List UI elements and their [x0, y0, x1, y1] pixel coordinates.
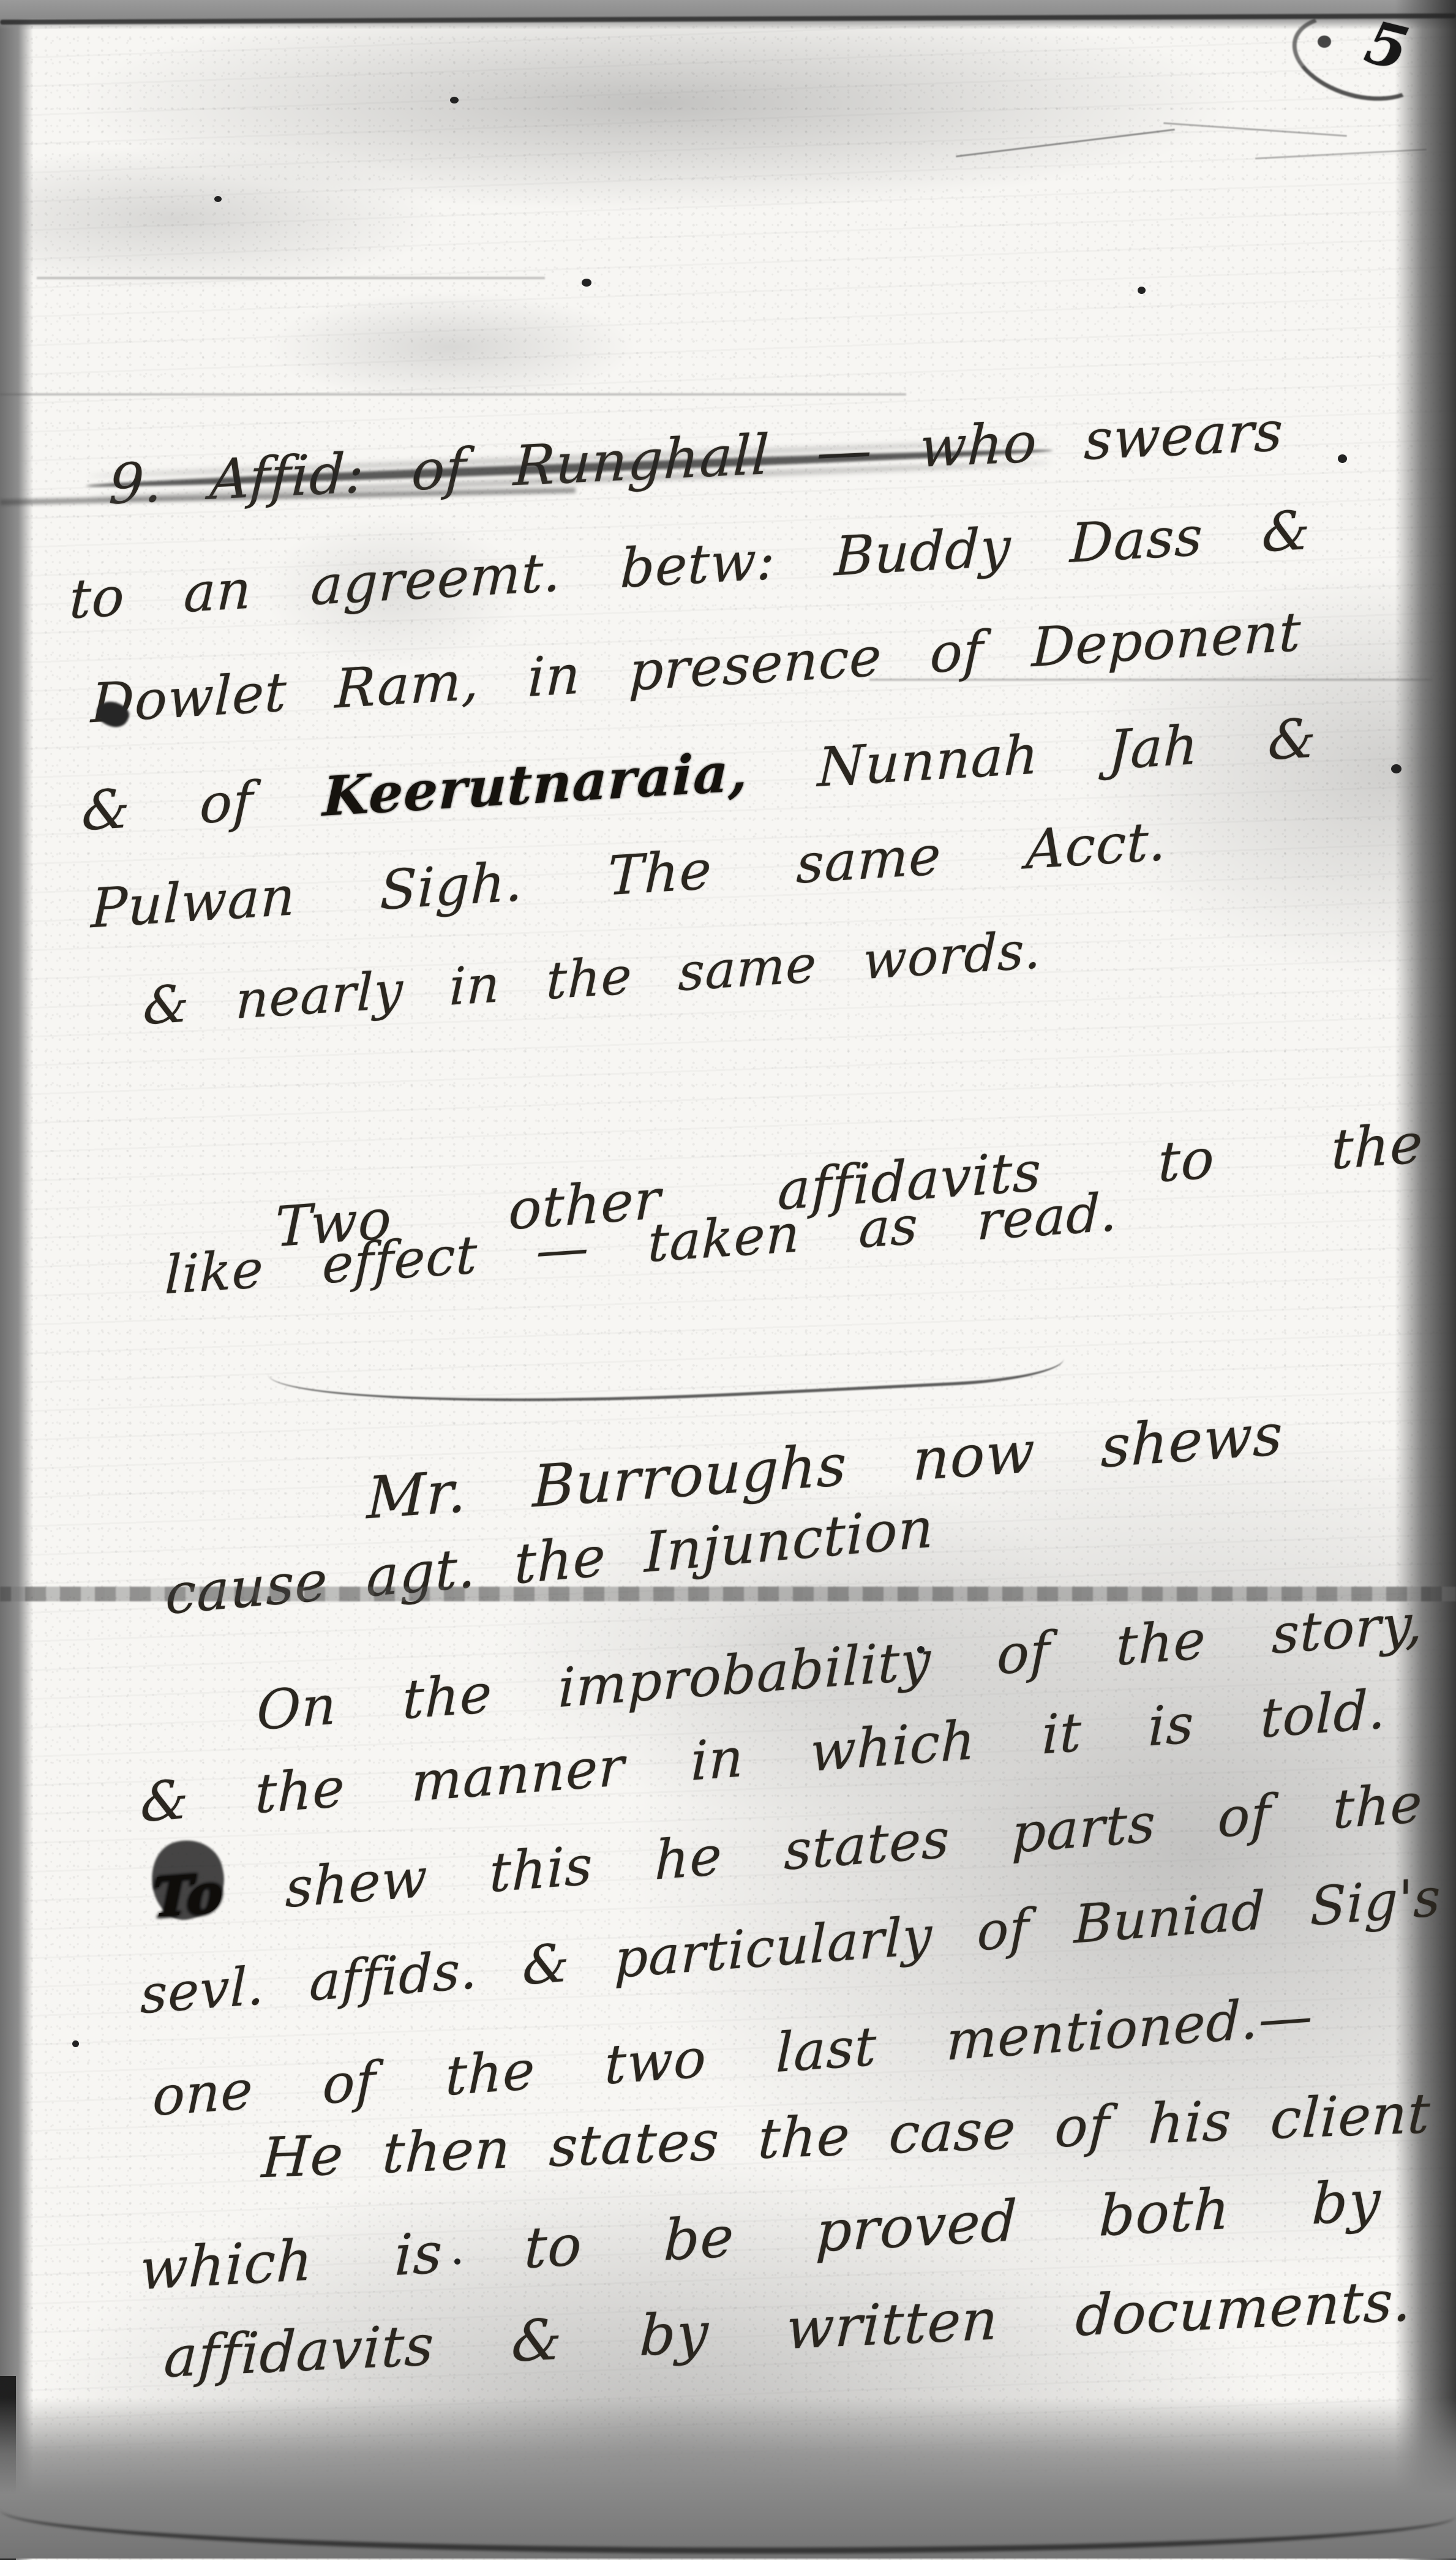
ink-speck	[450, 97, 459, 103]
paper-streak	[0, 393, 906, 396]
page-number-dot	[1318, 36, 1331, 48]
ink-speck	[1138, 287, 1146, 294]
blotted-word-to: To	[152, 1860, 224, 1930]
ink-speck	[214, 196, 222, 202]
bottom-white-margin	[0, 2560, 1456, 2572]
ink-speck	[582, 279, 591, 287]
scanned-manuscript-page: 5 9. Affid: of Runghall — who swears to …	[0, 0, 1456, 2572]
ink-speck	[72, 2040, 79, 2047]
scanner-artifact-band	[0, 1587, 1456, 1601]
left-binding-shadow	[0, 0, 33, 2572]
paper-streak	[37, 277, 545, 279]
right-page-edge-shadow	[1395, 0, 1456, 2572]
ink-speck	[1338, 454, 1347, 463]
ink-speck	[1391, 764, 1402, 773]
